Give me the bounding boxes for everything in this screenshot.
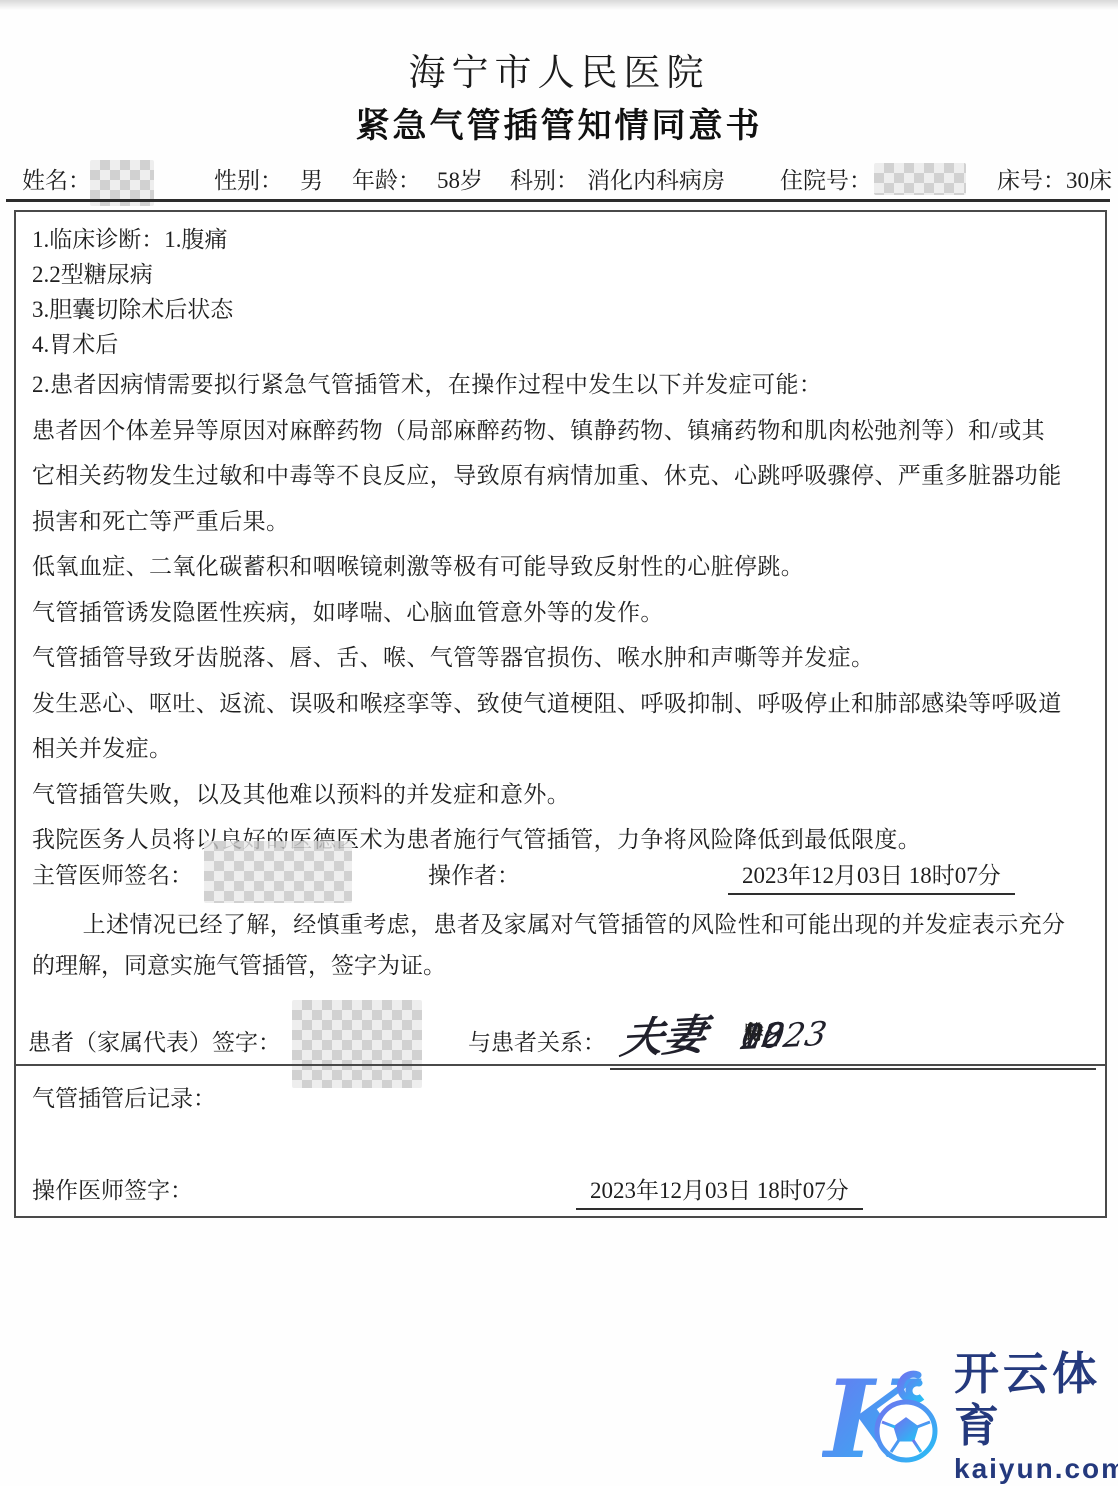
operator-signature-row: 操作医师签字： 2023年12月03日 18时07分 [16,1172,1105,1216]
form-title: 紧急气管插管知情同意书 [0,98,1118,147]
relation-label: 与患者关系： [468,1024,606,1057]
gender-label: 性别： [214,162,283,195]
body-line: 相关并发症。 [32,726,1088,772]
post-intubation-record-label: 气管插管后记录： [32,1080,216,1113]
patient-signature-row: 患者（家属代表）签字： 与患者关系： 夫妻 2023年12月03日18时10分 [16,1024,1105,1074]
header-divider [6,199,1110,202]
hospital-name: 海宁市人民医院 [0,42,1118,96]
gender-value: 男 [300,162,323,195]
admission-no-label: 住院号： [780,162,872,195]
body-line: 我院医务人员将以良好的医德医术为患者施行气管插管，力争将风险降低到最低限度。 [32,817,1088,863]
minute-unit: 分 [744,1016,764,1045]
procedure-datetime: 2023年12月03日 18时07分 [728,857,1015,895]
consent-line: 上述情况已经了解，经慎重考虑，患者及家属对气管插管的风险性和可能出现的并发症表示… [32,904,1088,945]
handwritten-signature-line: 夫妻 2023年12月03日18时10分 [610,1010,1096,1070]
diagnosis-line: 3.胆囊切除术后状态 [32,292,233,327]
body-line: 气管插管导致牙齿脱落、唇、舌、喉、气管等器官损伤、喉水肿和声嘶等并发症。 [32,635,1088,681]
age-value: 58岁 [437,162,483,195]
section-divider [16,1064,1105,1066]
body-line: 患者因个体差异等原因对麻醉药物（局部麻醉药物、镇静药物、镇痛药物和肌肉松弛剂等）… [32,408,1088,454]
admission-no-redacted [874,163,966,195]
body-line: 发生恶心、呕吐、返流、误吸和喉痉挛等、致使气道梗阻、呼吸抑制、呼吸停止和肺部感染… [32,681,1088,727]
age-label: 年龄： [352,162,421,195]
form-body-box: 1.临床诊断：1.腹痛 2.2型糖尿病 3.胆囊切除术后状态 4.胃术后 2.患… [14,210,1107,1218]
body-line: 气管插管诱发隐匿性疾病，如哮喘、心脑血管意外等的发作。 [32,590,1088,636]
diagnosis-block: 1.临床诊断：1.腹痛 2.2型糖尿病 3.胆囊切除术后状态 4.胃术后 [32,222,233,362]
risk-statement-block: 2.患者因病情需要拟行紧急气管插管术，在操作过程中发生以下并发症可能： 患者因个… [32,362,1088,863]
relation-handwritten: 夫妻 [617,1002,711,1066]
body-line: 低氧血症、二氧化碳蓄积和咽喉镜刺激等极有可能导致反射性的心脏停跳。 [32,544,1088,590]
consent-line: 的理解，同意实施气管插管，签字为证。 [32,945,1088,986]
diagnosis-line: 1.临床诊断：1.腹痛 [32,222,233,257]
name-label: 姓名： [22,162,91,195]
patient-signature-label: 患者（家属代表）签字： [28,1024,281,1057]
brand-domain: kaiyun.com [954,1452,1118,1486]
operator-signature-datetime: 2023年12月03日 18时07分 [576,1172,863,1210]
body-line: 2.患者因病情需要拟行紧急气管插管术，在操作过程中发生以下并发症可能： [32,362,1088,408]
diagnosis-line: 2.2型糖尿病 [32,257,233,292]
k-soccer-ball-icon: K [822,1353,950,1481]
scanned-consent-form: 海宁市人民医院 紧急气管插管知情同意书 姓名： 男 性别： 年龄： 58岁 科别… [0,0,1118,1486]
dept-value: 消化内科病房 [587,162,725,195]
operator-signature-label: 操作医师签字： [32,1172,193,1205]
brand-name: 开云体育 [954,1348,1118,1452]
consent-paragraph: 上述情况已经了解，经慎重考虑，患者及家属对气管插管的风险性和可能出现的并发症表示… [32,904,1088,986]
body-line: 气管插管失败，以及其他难以预料的并发症和意外。 [32,772,1088,818]
doctor-signature-label: 主管医师签名： [32,857,193,890]
kaiyun-logo: K 开云体育 kaiyun.com [822,1352,1110,1482]
bed-value: 30床 [1066,162,1112,195]
patient-signature-redacted [292,1000,422,1088]
bed-label: 床号： [997,162,1066,195]
doctor-signature-row: 主管医师签名： 操作者： 2023年12月03日 18时07分 [16,857,1105,903]
scan-edge-shadow [0,0,1118,10]
dept-label: 科别： [510,162,579,195]
diagnosis-line: 4.胃术后 [32,327,233,362]
operator-label: 操作者： [428,857,520,890]
body-line: 损害和死亡等严重后果。 [32,499,1088,545]
body-line: 它相关药物发生过敏和中毒等不良反应，导致原有病情加重、休克、心跳呼吸骤停、严重多… [32,453,1088,499]
doctor-signature-redacted [204,841,352,903]
